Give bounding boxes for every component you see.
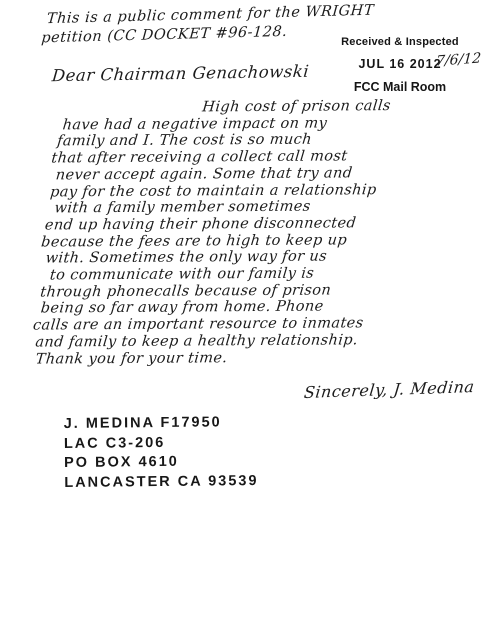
salutation: Dear Chairman Genachowski: [51, 62, 310, 86]
address-line-city: LANCASTER CA 93539: [64, 471, 258, 493]
signature: Sincerely, J. Medina: [303, 377, 475, 402]
header-note: This is a public comment for the WRIGHT …: [45, 2, 368, 48]
stamp-room-line: FCC Mail Room: [340, 80, 460, 94]
letter-page: This is a public comment for the WRIGHT …: [0, 0, 494, 639]
address-line-pobox: PO BOX 4610: [64, 452, 258, 474]
address-line-name: J. MEDINA F17950: [64, 413, 258, 435]
address-line-unit: LAC C3-206: [64, 432, 258, 454]
stamp-received-line: Received & Inspected: [340, 36, 460, 48]
sender-address: J. MEDINA F17950 LAC C3-206 PO BOX 4610 …: [64, 413, 259, 493]
body-line: Thank you for your time.: [25, 348, 467, 368]
letter-body: High cost of prison calls have had a neg…: [25, 97, 491, 368]
handwritten-date: 7/6/12: [435, 50, 481, 69]
